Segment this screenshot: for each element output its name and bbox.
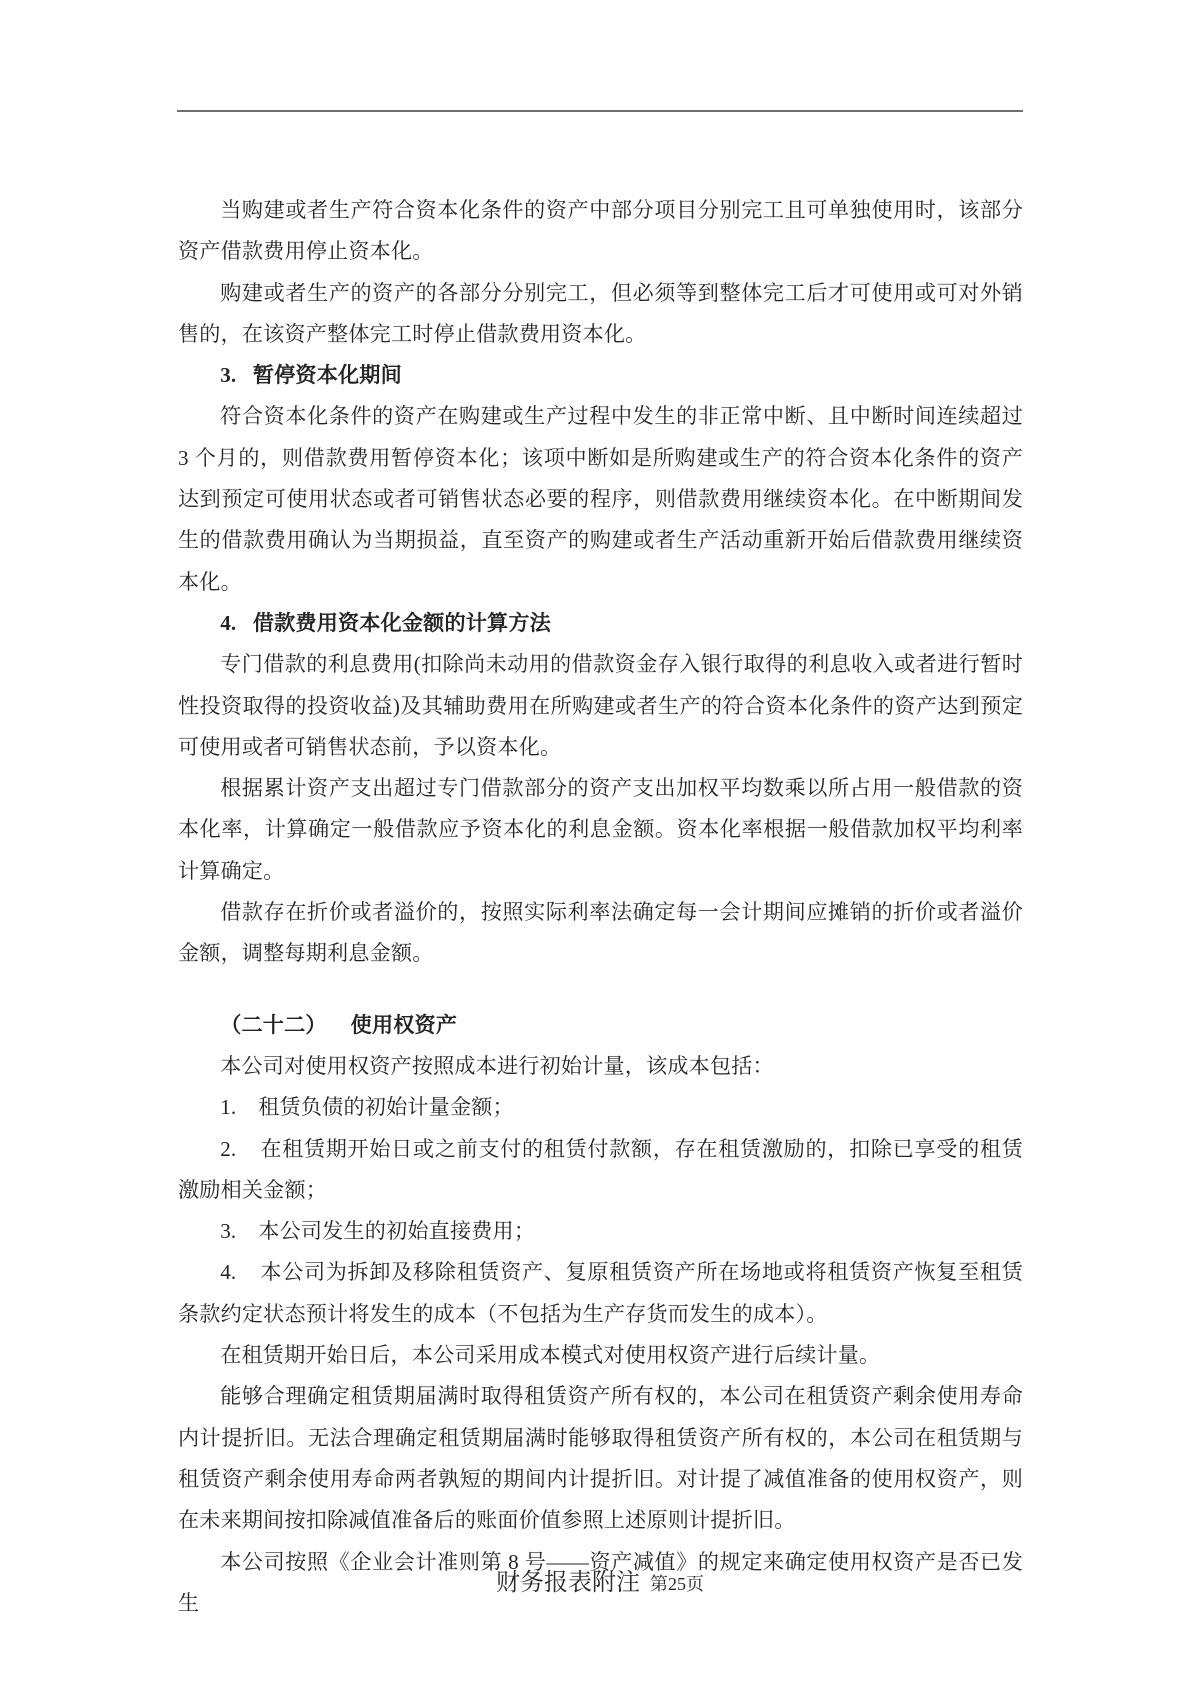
paragraph: 能够合理确定租赁期届满时取得租赁资产所有权的，本公司在租赁资产剩余使用寿命内计提… xyxy=(178,1376,1023,1541)
paragraph: 符合资本化条件的资产在购建或生产过程中发生的非正常中断、且中断时间连续超过 3 … xyxy=(178,396,1023,602)
subsection-heading: 3. 暂停资本化期间 xyxy=(178,355,1023,396)
paragraph: 当购建或者生产符合资本化条件的资产中部分项目分别完工且可单独使用时，该部分资产借… xyxy=(178,190,1023,273)
paragraph: 专门借款的利息费用(扣除尚未动用的借款资金存入银行取得的利息收入或者进行暂时性投… xyxy=(178,644,1023,768)
paragraph: 1. 租赁负债的初始计量金额； xyxy=(178,1087,1023,1128)
page-footer: 财务报表附注第25页 xyxy=(0,1561,1200,1608)
paragraph: 3. 本公司发生的初始直接费用； xyxy=(178,1211,1023,1252)
footer-page-number: 第25页 xyxy=(650,1574,704,1594)
paragraph: 根据累计资产支出超过专门借款部分的资产支出加权平均数乘以所占用一般借款的资本化率… xyxy=(178,768,1023,892)
document-body: 当购建或者生产符合资本化条件的资产中部分项目分别完工且可单独使用时，该部分资产借… xyxy=(178,190,1023,1624)
section-title: 使用权资产 xyxy=(351,1013,457,1037)
header-rule xyxy=(177,110,1023,112)
paragraph: 购建或者生产的资产的各部分分别完工，但必须等到整体完工后才可使用或可对外销售的，… xyxy=(178,273,1023,356)
section-number: （二十二） xyxy=(220,1013,326,1037)
paragraph: 在租赁期开始日后，本公司采用成本模式对使用权资产进行后续计量。 xyxy=(178,1335,1023,1376)
paragraph: 2. 在租赁期开始日或之前支付的租赁付款额，存在租赁激励的，扣除已享受的租赁激励… xyxy=(178,1129,1023,1212)
subsection-heading: 4. 借款费用资本化金额的计算方法 xyxy=(178,603,1023,644)
footer-title: 财务报表附注 xyxy=(496,1570,640,1596)
paragraph: 4. 本公司为拆卸及移除租赁资产、复原租赁资产所在场地或将租赁资产恢复至租赁条款… xyxy=(178,1252,1023,1335)
section-heading: （二十二）使用权资产 xyxy=(178,1005,1023,1046)
paragraph: 借款存在折价或者溢价的，按照实际利率法确定每一会计期间应摊销的折价或者溢价金额，… xyxy=(178,892,1023,975)
document-page: 当购建或者生产符合资本化条件的资产中部分项目分别完工且可单独使用时，该部分资产借… xyxy=(0,0,1200,1699)
paragraph: 本公司对使用权资产按照成本进行初始计量，该成本包括： xyxy=(178,1046,1023,1087)
